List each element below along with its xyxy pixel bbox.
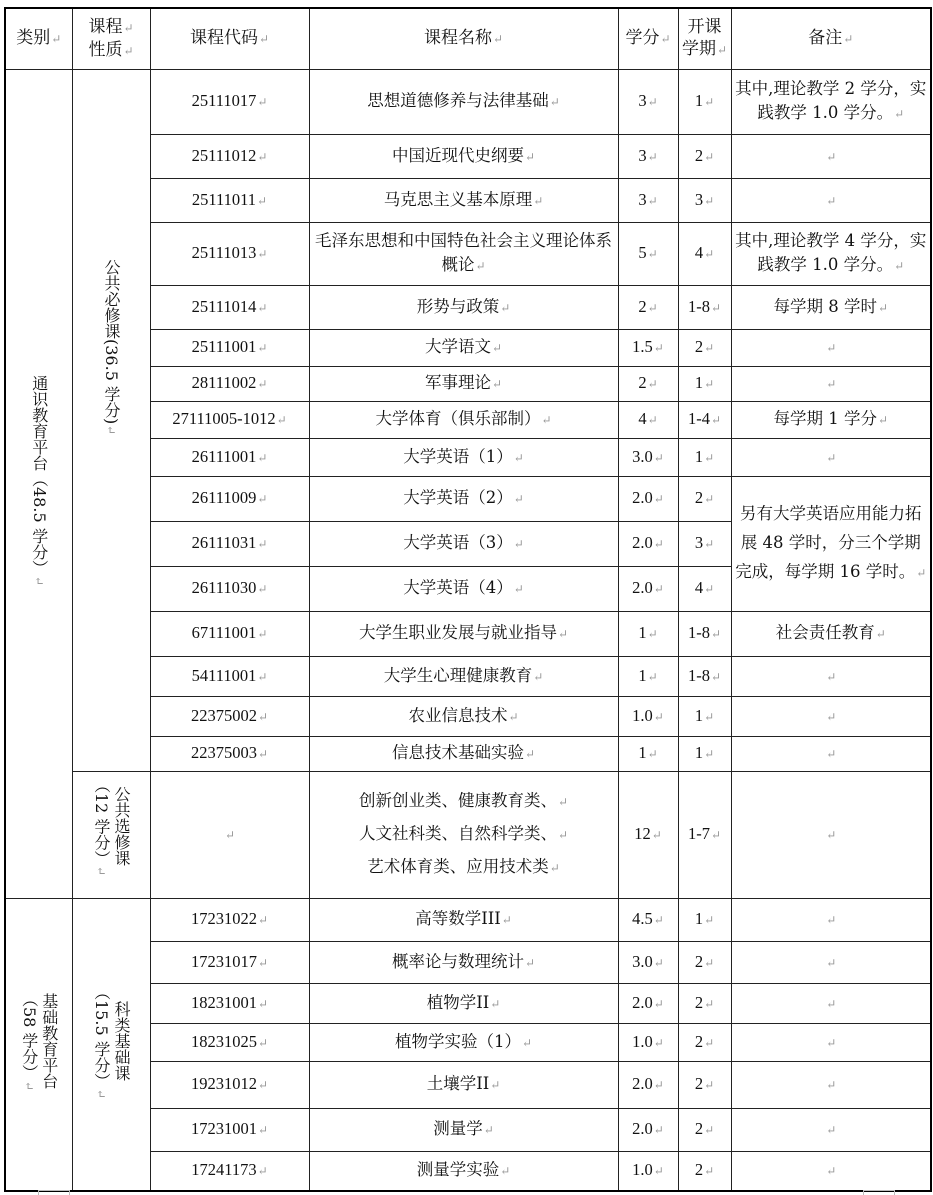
course-name: 中国近现代史纲要↵ (309, 134, 618, 178)
course-term: 2↵ (678, 476, 731, 521)
course-term: 2↵ (678, 1061, 731, 1108)
course-credits: 3.0↵ (618, 941, 678, 983)
course-credits: 1↵ (618, 736, 678, 771)
course-remarks: ↵ (731, 1061, 931, 1108)
table-row: 基础教育平台（58 学分）↵ 科类基础课（15.5 学分）↵ 17231022↵… (5, 898, 931, 941)
header-term: 开课学期↵ (678, 8, 731, 69)
course-code: 28111002↵ (150, 366, 309, 401)
course-term: 1-8↵ (678, 656, 731, 696)
course-name: 高等数学III↵ (309, 898, 618, 941)
course-name: 大学语文↵ (309, 329, 618, 366)
course-code: 26111009↵ (150, 476, 309, 521)
course-term: 3↵ (678, 178, 731, 222)
course-name: 思想道德修养与法律基础↵ (309, 69, 618, 134)
group-basic-platform: 基础教育平台（58 学分）↵ (5, 898, 72, 1191)
course-code: 17241173↵ (150, 1151, 309, 1191)
course-code: 25111014↵ (150, 285, 309, 329)
course-name: 概率论与数理统计↵ (309, 941, 618, 983)
header-nature: 课程↵性质↵ (72, 8, 150, 69)
course-code: 26111030↵ (150, 566, 309, 611)
course-term: 2↵ (678, 134, 731, 178)
course-term: 1-8↵ (678, 611, 731, 656)
course-code: ↵ (150, 771, 309, 898)
course-term: 1↵ (678, 696, 731, 736)
course-name: 马克思主义基本原理↵ (309, 178, 618, 222)
course-term: 4↵ (678, 222, 731, 285)
course-remarks: ↵ (731, 983, 931, 1023)
course-credits: 4↵ (618, 401, 678, 438)
course-name: 植物学II↵ (309, 983, 618, 1023)
course-remarks: ↵ (731, 329, 931, 366)
course-name: 大学英语（1）↵ (309, 438, 618, 476)
course-credits: 3↵ (618, 178, 678, 222)
course-code: 25111013↵ (150, 222, 309, 285)
course-term: 1↵ (678, 736, 731, 771)
course-code: 17231017↵ (150, 941, 309, 983)
table-row-electives: 公共选修课（12 学分）↵ ↵ 创新创业类、健康教育类、↵ 人文社科类、自然科学… (5, 771, 931, 898)
course-remarks: ↵ (731, 178, 931, 222)
course-credits: 1.0↵ (618, 696, 678, 736)
header-remarks: 备注↵ (731, 8, 931, 69)
course-code: 27111005-1012↵ (150, 401, 309, 438)
course-code: 25111011↵ (150, 178, 309, 222)
course-term: 2↵ (678, 329, 731, 366)
course-remarks: ↵ (731, 366, 931, 401)
course-name: 大学体育（俱乐部制）↵ (309, 401, 618, 438)
group-public-elective: 公共选修课（12 学分）↵ (72, 771, 150, 898)
group-general-platform: 通识教育平台（48.5 学分）↵ (5, 69, 72, 898)
course-term: 4↵ (678, 566, 731, 611)
course-term: 2↵ (678, 1023, 731, 1061)
course-code: 17231001↵ (150, 1108, 309, 1151)
course-credits: 2.0↵ (618, 476, 678, 521)
course-name: 大学英语（2）↵ (309, 476, 618, 521)
curriculum-table: 类别↵ 课程↵性质↵ 课程代码↵ 课程名称↵ 学分↵ 开课学期↵ 备注↵ 通识教… (4, 7, 932, 1192)
course-remarks: 其中,理论教学 4 学分，实践教学 1.0 学分。↵ (731, 222, 931, 285)
header-name: 课程名称↵ (309, 8, 618, 69)
course-credits: 1↵ (618, 656, 678, 696)
course-credits: 12↵ (618, 771, 678, 898)
course-credits: 2.0↵ (618, 983, 678, 1023)
course-name: 毛泽东思想和中国特色社会主义理论体系概论↵ (309, 222, 618, 285)
course-remarks: 社会责任教育↵ (731, 611, 931, 656)
header-row: 类别↵ 课程↵性质↵ 课程代码↵ 课程名称↵ 学分↵ 开课学期↵ 备注↵ (5, 8, 931, 69)
course-remarks: ↵ (731, 1023, 931, 1061)
group-science-basic: 科类基础课（15.5 学分）↵ (72, 898, 150, 1191)
course-credits: 1↵ (618, 611, 678, 656)
course-remarks: ↵ (731, 1108, 931, 1151)
course-term: 1-7↵ (678, 771, 731, 898)
course-code: 17231022↵ (150, 898, 309, 941)
course-name: 形势与政策↵ (309, 285, 618, 329)
course-code: 67111001↵ (150, 611, 309, 656)
group-public-required: 公共必修课(36.5 学分)↵ (72, 69, 150, 771)
course-name-categories: 创新创业类、健康教育类、↵ 人文社科类、自然科学类、↵ 艺术体育类、应用技术类↵ (309, 771, 618, 898)
page-edge-mark-right (863, 1190, 895, 1195)
page-edge-mark-left (38, 1190, 70, 1195)
course-credits: 3↵ (618, 134, 678, 178)
course-remarks: ↵ (731, 771, 931, 898)
course-credits: 2.0↵ (618, 566, 678, 611)
course-name: 土壤学II↵ (309, 1061, 618, 1108)
course-credits: 4.5↵ (618, 898, 678, 941)
course-code: 22375003↵ (150, 736, 309, 771)
course-credits: 2↵ (618, 285, 678, 329)
course-credits: 2.0↵ (618, 521, 678, 566)
course-term: 1-4↵ (678, 401, 731, 438)
course-remarks: 其中,理论教学 2 学分，实践教学 1.0 学分。↵ (731, 69, 931, 134)
course-remarks: ↵ (731, 656, 931, 696)
course-term: 1↵ (678, 898, 731, 941)
course-remarks: ↵ (731, 438, 931, 476)
course-credits: 1.0↵ (618, 1151, 678, 1191)
course-credits: 2.0↵ (618, 1061, 678, 1108)
course-code: 26111031↵ (150, 521, 309, 566)
course-name: 大学英语（4）↵ (309, 566, 618, 611)
course-term: 2↵ (678, 941, 731, 983)
course-credits: 5↵ (618, 222, 678, 285)
course-code: 25111012↵ (150, 134, 309, 178)
course-credits: 2.0↵ (618, 1108, 678, 1151)
course-term: 1↵ (678, 366, 731, 401)
course-term: 1-8↵ (678, 285, 731, 329)
table-row: 通识教育平台（48.5 学分）↵ 公共必修课(36.5 学分)↵ 2511101… (5, 69, 931, 134)
course-credits: 1.0↵ (618, 1023, 678, 1061)
course-code: 18231025↵ (150, 1023, 309, 1061)
course-remarks: ↵ (731, 1151, 931, 1191)
course-name: 大学生职业发展与就业指导↵ (309, 611, 618, 656)
course-name: 农业信息技术↵ (309, 696, 618, 736)
course-credits: 3.0↵ (618, 438, 678, 476)
course-remarks: 每学期 8 学时↵ (731, 285, 931, 329)
course-term: 1↵ (678, 69, 731, 134)
course-term: 1↵ (678, 438, 731, 476)
course-credits: 3↵ (618, 69, 678, 134)
course-remarks: ↵ (731, 736, 931, 771)
course-credits: 1.5↵ (618, 329, 678, 366)
course-name: 植物学实验（1）↵ (309, 1023, 618, 1061)
course-code: 54111001↵ (150, 656, 309, 696)
course-credits: 2↵ (618, 366, 678, 401)
header-category: 类别↵ (5, 8, 72, 69)
course-remarks-english: 另有大学英语应用能力拓展 48 学时，分三个学期完成，每学期 16 学时。↵ (731, 476, 931, 611)
course-code: 18231001↵ (150, 983, 309, 1023)
course-remarks: ↵ (731, 941, 931, 983)
course-code: 26111001↵ (150, 438, 309, 476)
course-code: 19231012↵ (150, 1061, 309, 1108)
course-term: 2↵ (678, 1151, 731, 1191)
course-remarks: ↵ (731, 898, 931, 941)
course-code: 25111001↵ (150, 329, 309, 366)
header-code: 课程代码↵ (150, 8, 309, 69)
course-code: 25111017↵ (150, 69, 309, 134)
course-name: 信息技术基础实验↵ (309, 736, 618, 771)
course-remarks: 每学期 1 学分↵ (731, 401, 931, 438)
course-term: 2↵ (678, 1108, 731, 1151)
course-term: 2↵ (678, 983, 731, 1023)
course-name: 大学英语（3）↵ (309, 521, 618, 566)
course-remarks: ↵ (731, 134, 931, 178)
course-name: 测量学↵ (309, 1108, 618, 1151)
course-code: 22375002↵ (150, 696, 309, 736)
course-name: 军事理论↵ (309, 366, 618, 401)
header-credits: 学分↵ (618, 8, 678, 69)
course-name: 大学生心理健康教育↵ (309, 656, 618, 696)
course-name: 测量学实验↵ (309, 1151, 618, 1191)
course-term: 3↵ (678, 521, 731, 566)
course-remarks: ↵ (731, 696, 931, 736)
